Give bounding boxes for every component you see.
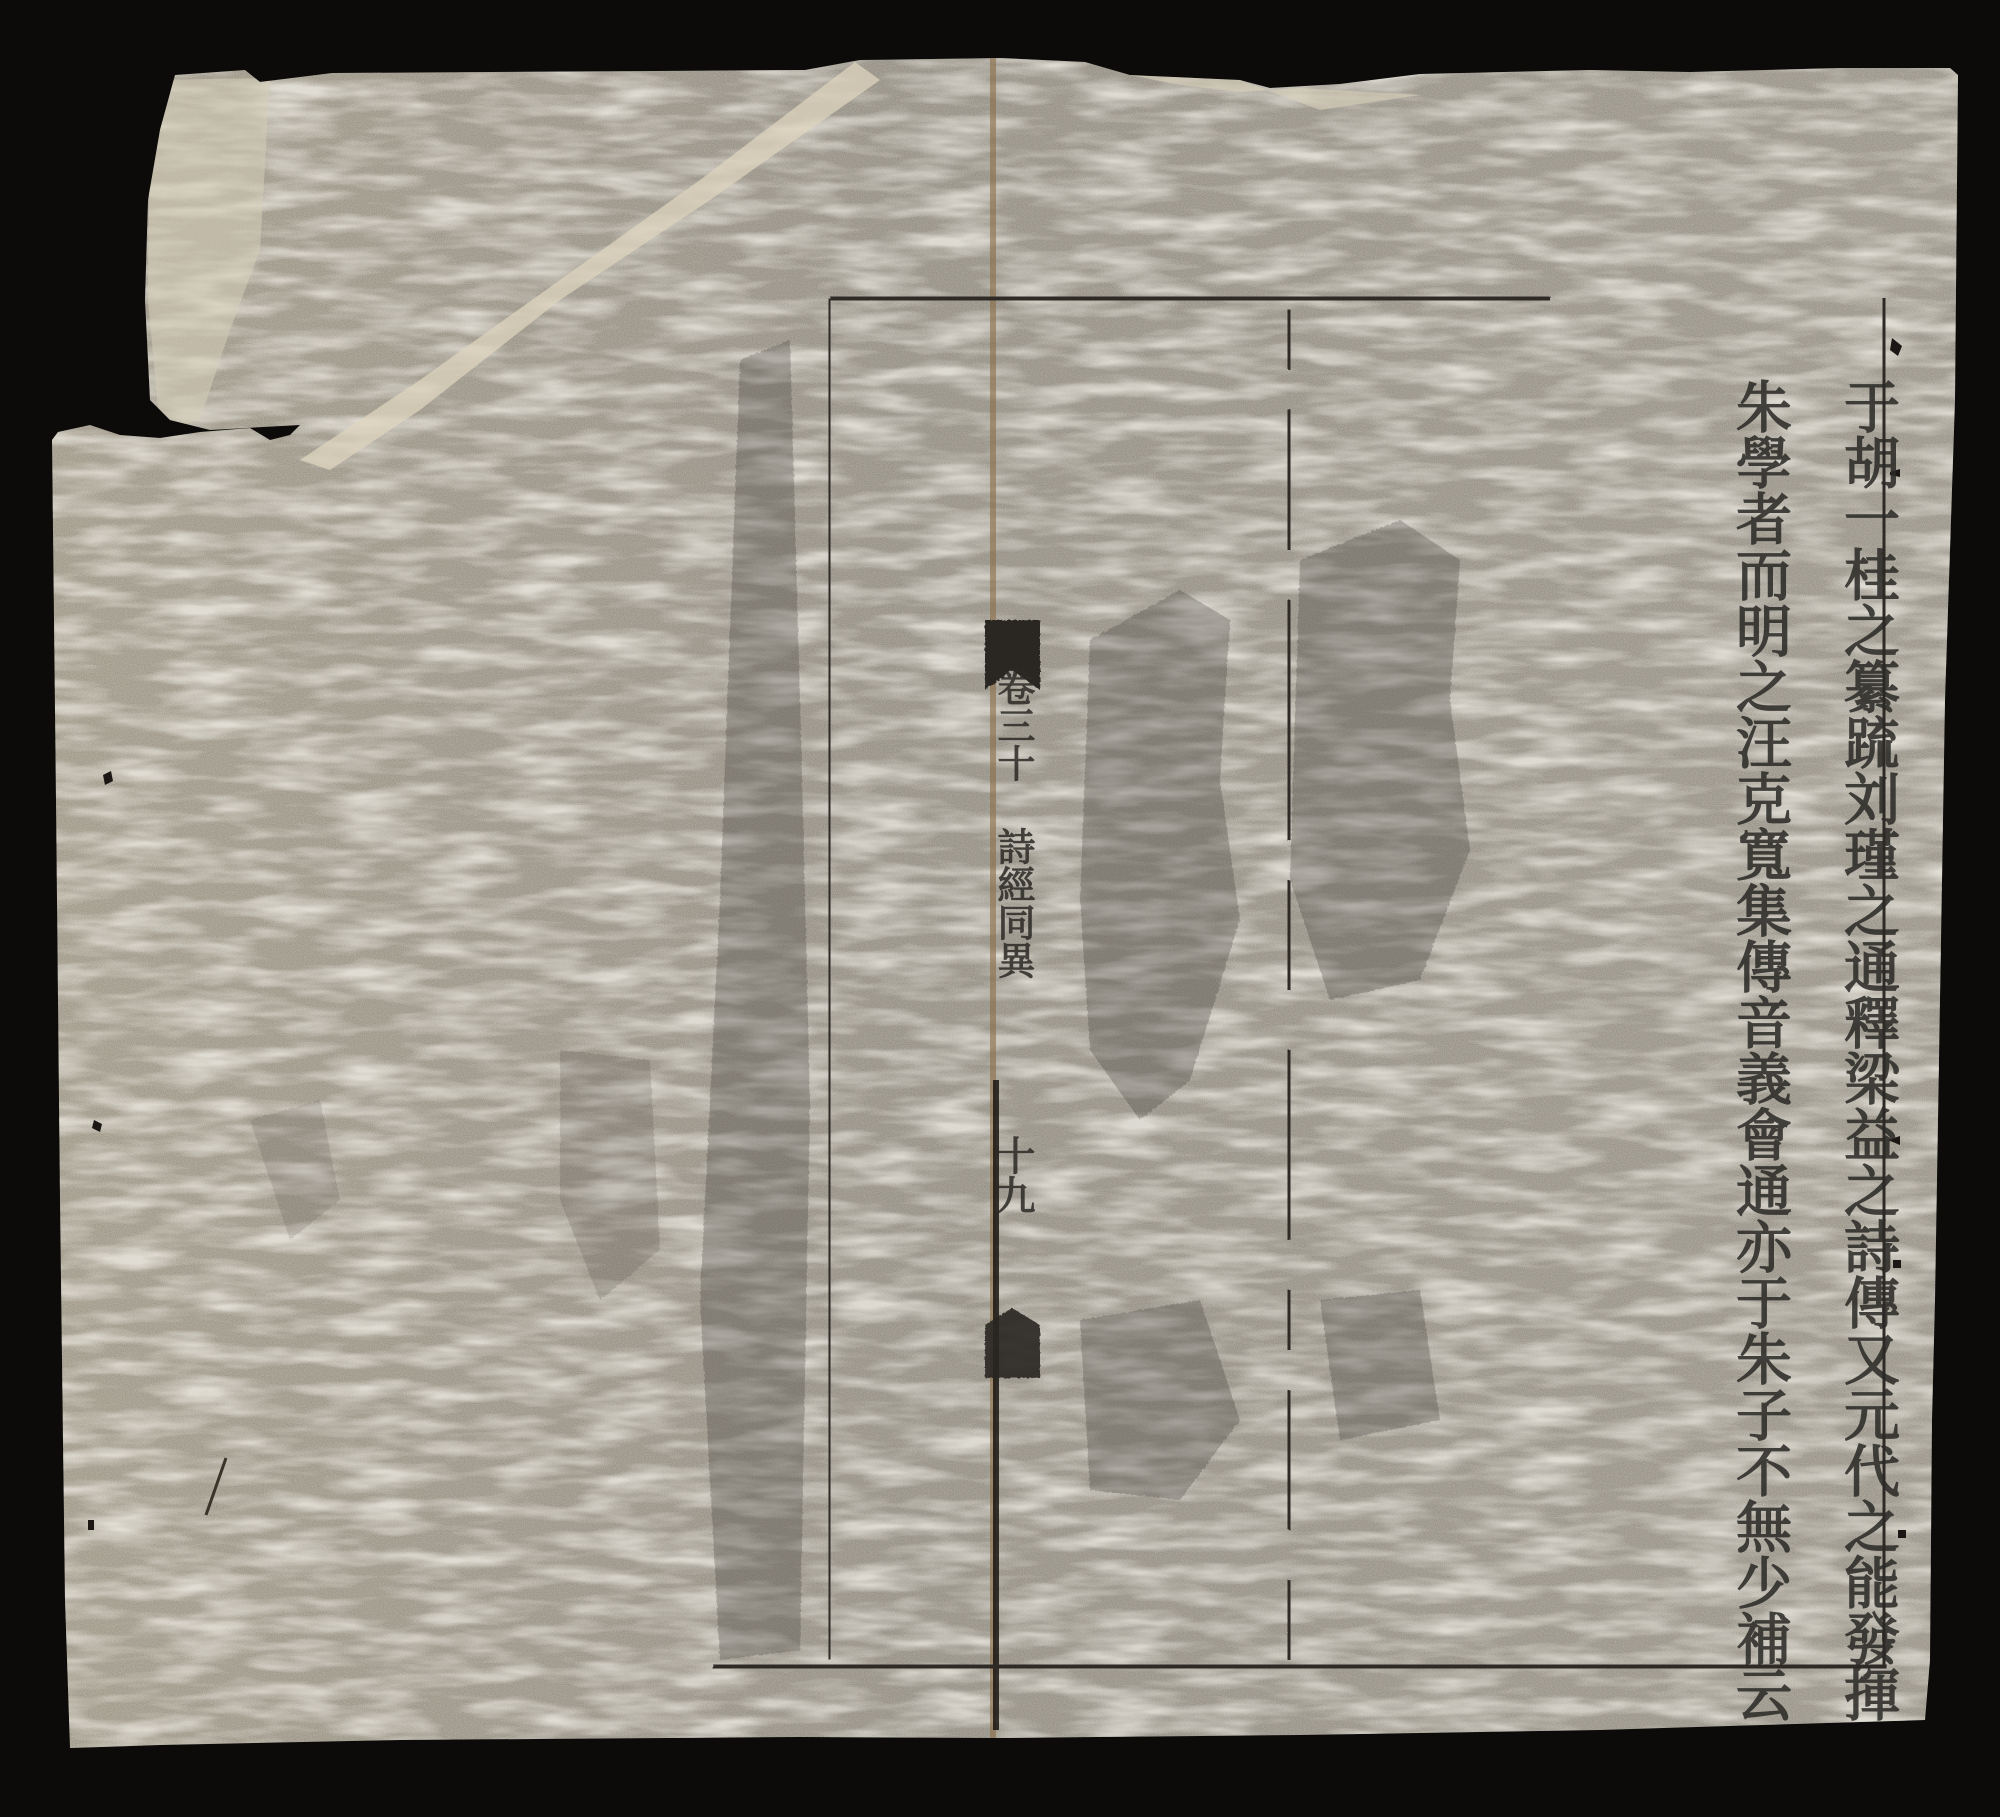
folio-number: 十九 <box>982 1135 1032 1215</box>
text-column-1: 于胡一桂之纂䟽刘瑾之通釋梁益之詩傳又元代之能發揮 <box>1826 378 1896 1722</box>
document-scan: 于胡一桂之纂䟽刘瑾之通釋梁益之詩傳又元代之能發揮 朱學者而明之汪克寬集傳音義會通… <box>0 0 2000 1817</box>
banxin-title: 卷三十 詩經同異 <box>982 668 1032 979</box>
text-column-2: 朱學者而明之汪克寬集傳音義會通亦于朱子不無少補云 <box>1718 378 1788 1722</box>
